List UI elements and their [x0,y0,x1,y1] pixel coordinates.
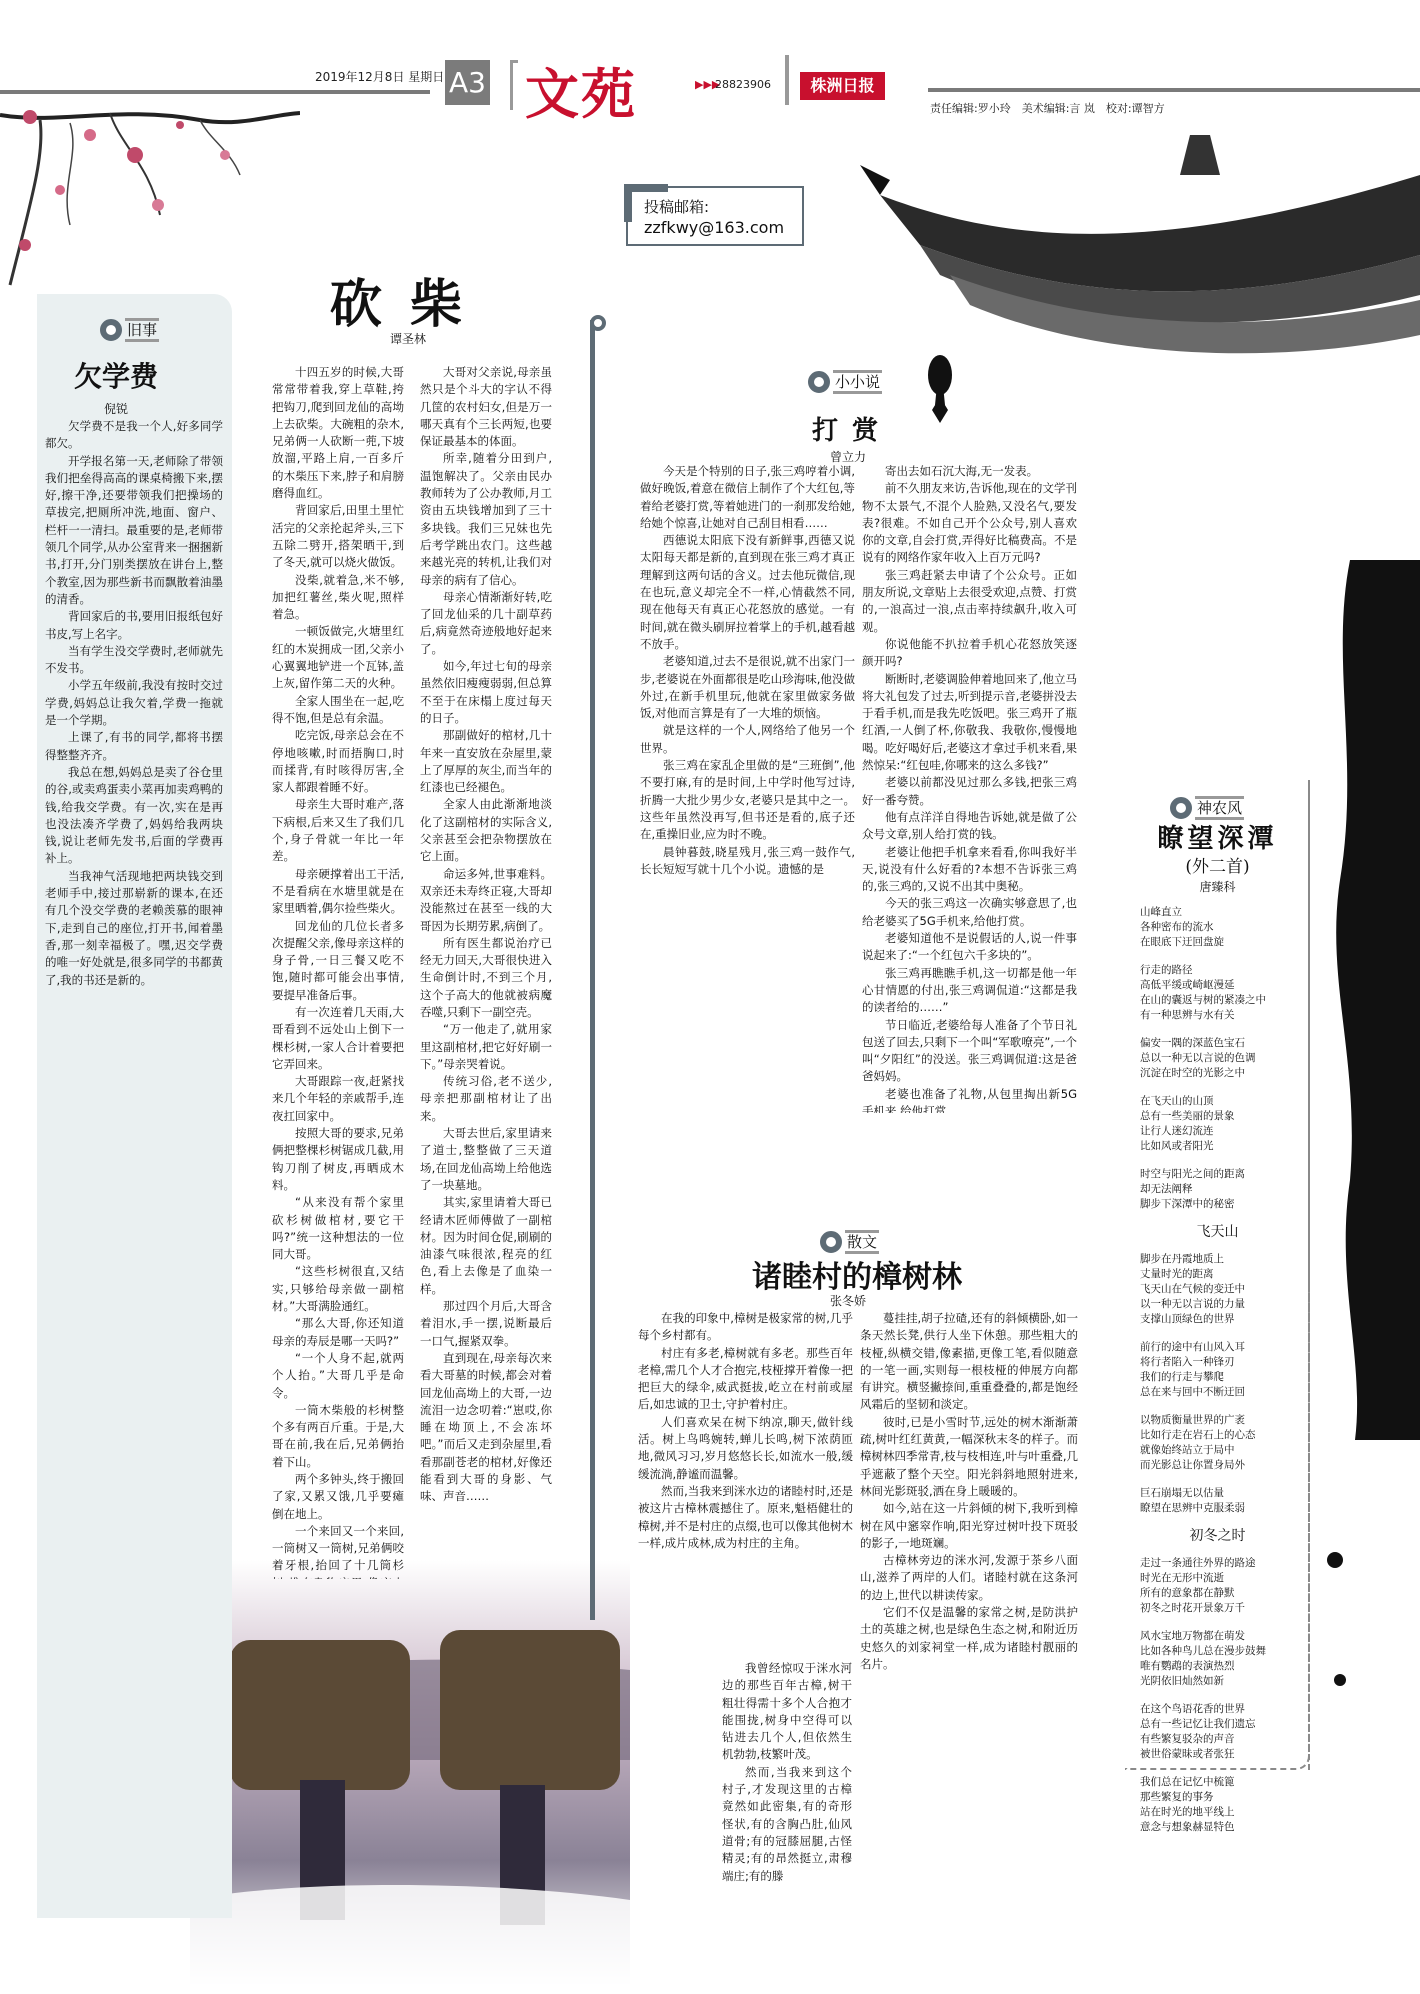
poem-line: 时空与阳光之间的距离 [1140,1167,1310,1182]
paragraph: 大哥去世后,家里请来了道士,整整做了三天道场,在回龙仙高坳上给他选了一块墓地。 [420,1125,552,1194]
poem-author: 唐臻科 [1125,878,1310,895]
paragraph: 如今,年过七旬的母亲虽然依旧瘦瘦弱弱,但总算不至于在床榻上度过每天的日子。 [420,658,552,727]
poem-line: 总有一些美丽的景象 [1140,1109,1310,1124]
poem-line: 总以一种无以言说的色调 [1140,1051,1310,1066]
article-author: 张冬娇 [830,1292,866,1309]
ring-icon [808,371,830,393]
poem-line: 脚步下深潭中的秘密 [1140,1197,1310,1212]
poem-stanza: 风水宝地万物都在萌发比如各种鸟儿总在漫步鼓舞唯有鹦鹉的表演热烈光阴依旧灿然如新 [1140,1629,1310,1689]
poem-line: 在这个鸟语花香的世界 [1140,1702,1310,1717]
paragraph: 一顿饭做完,火塘里红红的木炭拥成一团,父亲小心翼翼地铲进一个瓦钵,盖上灰,留作第… [272,623,404,692]
poem-line: 就像始终站立于局中 [1140,1443,1310,1458]
issue-date: 2019年12月8日 星期日 [315,68,444,85]
poem-line: 前行的途中有山风入耳 [1140,1340,1310,1355]
paragraph: 老婆也准备了礼物,从包里掏出新5G手机来,给他打赏。 [862,1086,1077,1113]
poem-line: 总有一些记忆让我们遗忘 [1140,1717,1310,1732]
paragraph: 老婆以前都没见过那么多钱,把张三鸡好一番夸赞。 [862,774,1077,809]
paragraph: 张三鸡赶紧去申请了个公众号。正如朋友所说,文章贴上去很受欢迎,点赞、打赏的,一浪… [862,567,1077,636]
submission-email[interactable]: zzfkwy@163.com [644,218,784,237]
paragraph: 当有学生没交学费时,老师就先不发书。 [45,643,223,678]
paragraph: 断断时,老婆调脸伸着地回来了,他立马将大礼包发了过去,听到提示音,老婆拼没去于看… [862,671,1077,775]
paragraph: 母亲心情渐渐好转,吃了回龙仙采的几十副草药后,病竟然奇迹般地好起来了。 [420,589,552,658]
paragraph: 你说他能不扒拉着手机心花怒放笑逐颜开吗? [862,636,1077,671]
paragraph: 如今,站在这一片斜倾的树下,我听到樟树在风中窸窣作响,阳光穿过树叶投下斑驳的影子… [860,1500,1078,1552]
paragraph: 所有医生都说治疗已经无力回天,大哥很快进入生命倒计时,不到三个月,这个子高大的他… [420,935,552,1021]
paragraph: 所幸,随着分田到户,温饱解决了。父亲由民办教师转为了公办教师,月工资由五块钱增加… [420,450,552,588]
paragraph: 我总在想,妈妈总是卖了谷仓里的谷,或卖鸡蛋卖小菜再加卖鸡鸭的钱,给我交学费。有一… [45,764,223,868]
paragraph: 张三鸡再瞧瞧手机,这一切都是他一年心甘情愿的付出,张三鸡调侃道:“这都是我的读者… [862,965,1077,1017]
title-bracket [510,60,518,110]
paragraph: 今天的张三鸡这一次确实够意思了,也给老婆买了5G手机来,给他打赏。 [862,895,1077,930]
column-divider [590,320,595,1620]
paragraph: 张三鸡在家乱企里做的是“三班倒”,他不要打麻,有的是时间,上中学时他写过诗,折腾… [640,757,855,843]
paragraph: 西德说太阳底下没有新鲜事,西德又说太阳每天都是新的,直到现在张三鸡才真正理解到这… [640,532,855,653]
poem-stanza: 山峰直立各种密布的流水在眼底下迂回盘旋 [1140,905,1310,950]
poem-stanza: 时空与阳光之间的距离却无法阐释脚步下深潭中的秘密 [1140,1167,1310,1212]
ink-splash-decoration [1320,560,1420,1740]
poem-line: 沉淀在时空的光影之中 [1140,1066,1310,1081]
paragraph: “这些杉树很直,又结实,只够给母亲做一副棺材。”大哥满脸通红。 [272,1263,404,1315]
paragraph: 全家人由此渐渐地淡化了这副棺材的实际含义,父亲甚至会把杂物摆放在它上面。 [420,796,552,865]
section-tag-label: 小小说 [833,370,882,394]
hotline-number: 28823906 [715,78,771,91]
newspaper-logo: 株洲日报 [800,72,885,100]
poem-line: 站在时光的地平线上 [1140,1805,1310,1820]
poem-line: 风水宝地万物都在萌发 [1140,1629,1310,1644]
poem-line: 飞天山在气候的变迁中 [1140,1282,1310,1297]
poem-line: 行走的路径 [1140,963,1310,978]
poem-line: 瞭望在思辨中克服柔弱 [1140,1501,1310,1516]
paragraph: 传统习俗,老不送少,母亲把那副棺材让了出来。 [420,1073,552,1125]
paragraph: 有一次连着几天雨,大哥看到不远处山上倒下一棵杉树,一家人合计着要把它弄回来。 [272,1004,404,1073]
paragraph: 当我神气活现地把两块钱交到老师手中,接过那崭新的课本,在还有几个没交学费的老赖羡… [45,868,223,989]
section-tag-shennongfeng: 神农风 [1170,796,1244,820]
poem-stanza: 行走的路径高低平缓或崎岖漫延在山的囊返与树的紧凑之中有一种思辨与水有关 [1140,963,1310,1023]
poem-line: 光阴依旧灿然如新 [1140,1674,1310,1689]
section-title: 文苑 [525,52,637,129]
paragraph: 欠学费不是我一个人,好多同学都欠。 [45,418,223,453]
poem-line: 比如风或者阳光 [1140,1139,1310,1154]
poem-line: 让行人迷幻流连 [1140,1124,1310,1139]
poem-line: 有些繁复驳杂的声音 [1140,1732,1310,1747]
poem-stanza: 巨石崩塌无以估量瞭望在思辨中克服柔弱 [1140,1486,1310,1516]
poem-section-title: 飞天山 [1125,1225,1310,1240]
poem-line: 支撑山顶绿色的世界 [1140,1312,1310,1327]
divider-ring-icon [590,315,606,331]
paragraph: 人们喜欢呆在树下纳凉,聊天,做针线活。树上鸟鸣婉转,蝉儿长鸣,树下浓荫匝地,微风… [638,1414,853,1483]
temple-roof-illustration [860,135,1420,425]
poem-line: 所有的意象都在静默 [1140,1586,1310,1601]
paragraph: 十四五岁的时候,大哥常常带着我,穿上草鞋,挎把钩刀,爬到回龙仙的高坳上去砍柴。大… [272,364,404,502]
poem-line: 那些繁复的事务 [1140,1790,1310,1805]
poem-stanza: 走过一条通往外界的路途时光在无形中流逝所有的意象都在静默初冬之时花开景象万千 [1140,1556,1310,1616]
section-tag-label: 旧事 [125,318,159,342]
paragraph: 蔓挂挂,胡子拉碴,还有的斜倾横卧,如一条天然长凳,供行人坐下休憩。那些粗大的枝桠… [860,1310,1078,1414]
header-divider [785,55,789,105]
poem-line: 巨石崩塌无以估量 [1140,1486,1310,1501]
paragraph: 一筒木柴般的杉树整个多有两百斤重。于是,大哥在前,我在后,兄弟俩抬着下山。 [272,1402,404,1471]
paragraph: 我曾经惊叹于洣水河边的那些百年古樟,树干粗壮得需十多个人合抱才能围拢,树身中空得… [722,1660,852,1764]
paragraph: 村庄有多老,樟树就有多老。那些百年老樟,需几个人才合抱完,枝桠撑开着像一把把巨大… [638,1345,853,1414]
poem-line: 初冬之时花开景象万千 [1140,1601,1310,1616]
paragraph: 今天是个特别的日子,张三鸡哼着小调,做好晚饭,着意在微信上制作了个大红包,等着给… [640,463,855,532]
poem-stanza: 在这个鸟语花香的世界总有一些记忆让我们遗忘有些繁复驳杂的声音被世俗蒙昧或者张狂 [1140,1702,1310,1762]
article-title: 打赏 [812,410,892,447]
paragraph: “一个人身不起,就两个人抬。”大哥几乎是命令。 [272,1350,404,1402]
poem-line: 总在来与回中不断迂回 [1140,1385,1310,1400]
section-tag-jiushi: 旧事 [100,318,159,342]
ring-icon [1170,797,1192,819]
poem-line: 山峰直立 [1140,905,1310,920]
section-tag-sanwen: 散文 [820,1230,879,1254]
paragraph: 彼时,已是小雪时节,远处的树木渐渐萧疏,树叶红红黄黄,一幅深秋末冬的样子。而樟树… [860,1414,1078,1500]
article-title: 诸睦村的樟树林 [752,1252,962,1296]
paragraph: 小学五年级前,我没有按时交过学费,妈妈总让我欠着,学费一拖就是一个学期。 [45,677,223,729]
paragraph: 老婆知道他不是说假话的人,说一件事说起来了:“一个红包六千多块的”。 [862,930,1077,965]
paragraph: 它们不仅是温馨的家常之树,是防洪护土的英雄之树,也是绿色生态之树,和附近历史悠久… [860,1604,1078,1673]
paragraph: 大哥跟踪一夜,赶紧找来几个年轻的亲戚帮手,连夜扛回家中。 [272,1073,404,1125]
paragraph: 然而,当我来到洣水边的诸睦村时,还是被这片古樟林震撼住了。原来,魁梧健壮的樟树,… [638,1483,853,1552]
header-rule-left [0,90,430,94]
submission-label: 投稿邮箱: [644,196,709,217]
poem-stanza: 偏安一隅的深蓝色宝石总以一种无以言说的色调沉淀在时空的光影之中 [1140,1036,1310,1081]
article-author: 倪锐 [0,400,232,417]
paragraph: “那么大哥,你还知道母亲的寿辰是哪一天吗?” [272,1315,404,1350]
article-author: 谭圣林 [390,330,426,347]
poem-line: 被世俗蒙昧或者张狂 [1140,1747,1310,1762]
poem-line: 有一种思辨与水有关 [1140,1008,1310,1023]
paragraph: 直到现在,母亲每次来看大哥墓的时候,都会对着回龙仙高坳上的大哥,一边流泪一边念叨… [420,1350,552,1506]
article-title: 砍柴 [330,262,490,337]
ring-icon [820,1231,842,1253]
paragraph: 母亲硬撑着出工干活,不是看病在水塘里就是在家里晒着,偶尔捡些柴火。 [272,866,404,918]
section-tag-xiaoxiaoshuo: 小小说 [808,370,882,394]
poem-line: 比如行走在岩石上的心态 [1140,1428,1310,1443]
poem-line: 脚步在丹霞地质上 [1140,1252,1310,1267]
paragraph: 然而,当我来到这个村子,才发现这里的古樟竟然如此密集,有的奇形怪状,有的含胸凸肚… [722,1764,852,1885]
poem-line: 我们总在记忆中梳篦 [1140,1775,1310,1790]
poem-line: 唯有鹦鹉的表演热烈 [1140,1659,1310,1674]
poem-line: 高低平缓或崎岖漫延 [1140,978,1310,993]
page-number: A3 [445,60,490,105]
ring-icon [100,319,122,341]
poem-body: 山峰直立各种密布的流水在眼底下迂回盘旋行走的路径高低平缓或崎岖漫延在山的囊返与树… [1140,905,1310,1848]
poem-section-title: 初冬之时 [1125,1529,1310,1544]
poem-line: 将行者陷入一种锋刃 [1140,1355,1310,1370]
poem-stanza: 前行的途中有山风入耳将行者陷入一种锋刃我们的行走与攀爬总在来与回中不断迂回 [1140,1340,1310,1400]
poem-line: 在山的囊返与树的紧凑之中 [1140,993,1310,1008]
paragraph: 那副做好的棺材,几十年来一直安放在杂屋里,蒙上了厚厚的灰尘,而当年的红漆也已经褪… [420,727,552,796]
article-body-zhangshulin-col2: 蔓挂挂,胡子拉碴,还有的斜倾横卧,如一条天然长凳,供行人坐下休憩。那些粗大的枝桠… [860,1310,1078,1930]
poem-line: 丈量时光的距离 [1140,1267,1310,1282]
section-tag-label: 神农风 [1195,796,1244,820]
paragraph: 背回家后的书,要用旧报纸包好书皮,写上名字。 [45,608,223,643]
header-rule-right [928,88,1420,92]
paragraph: 老婆知道,过去不是很说,就不出家门一步,老婆说在外面都很是吃山珍海味,他没做外过… [640,653,855,722]
section-tag-label: 散文 [845,1230,879,1254]
paragraph: 两个多钟头,终于搬回了家,又累又饿,几乎要瘫倒在地上。 [272,1471,404,1523]
poem-line: 而光影总让你置身局外 [1140,1458,1310,1473]
paragraph: 古樟林旁边的洣水河,发源于茶乡八面山,滋养了两岸的人们。诸睦村就在这条河的边上,… [860,1552,1078,1604]
paragraph: 背回家后,田里土里忙活完的父亲抡起斧头,三下五除二劈开,搭架晒干,到了冬天,就可… [272,502,404,571]
article-title: 欠学费 [0,355,232,395]
article-body-kanchai-col1: 十四五岁的时候,大哥常常带着我,穿上草鞋,挎把钩刀,爬到回龙仙的高坳上去砍柴。大… [272,364,404,1579]
article-body-zhangshulin-col1-cont: 我曾经惊叹于洣水河边的那些百年古樟,树干粗壮得需十多个人合抱才能围拢,树身中空得… [722,1660,852,1930]
paragraph: 回龙仙的几位长者多次提醒父亲,像母亲这样的身子骨,一日三餐又吃不饱,随时都可能会… [272,918,404,1004]
paragraph: 大哥对父亲说,母亲虽然只是个斗大的字认不得几筐的农村妇女,但是万一哪天真有个三长… [420,364,552,450]
poem-line: 各种密布的流水 [1140,920,1310,935]
poem-line: 却无法阐释 [1140,1182,1310,1197]
paragraph: 寄出去如石沉大海,无一发表。 [862,463,1077,480]
poem-line: 在飞天山的山顶 [1140,1094,1310,1109]
paragraph: 一个来回又一个来回,一筒树又一筒树,兄弟俩咬着牙根,抬回了十几筒杉树,堆在杂物房… [272,1523,404,1579]
poem-stanza: 在飞天山的山顶总有一些美丽的景象让行人迷幻流连比如风或者阳光 [1140,1094,1310,1154]
paragraph: 没柴,就着急,米不够,加把红薯丝,柴火呢,照样着急。 [272,572,404,624]
poem-line: 以一种无以言说的力量 [1140,1297,1310,1312]
paragraph: 其实,家里请着大哥已经请木匠师傅做了一副棺材。因为时间仓促,刷刷的油漆气味很浓,… [420,1194,552,1298]
paragraph: 在我的印象中,樟树是极家常的树,几乎每个乡村都有。 [638,1310,853,1345]
paragraph: 上课了,有书的同学,都将书摆得整整齐齐。 [45,729,223,764]
article-body-dashang-col2: 寄出去如石沉大海,无一发表。 前不久朋友来访,告诉他,现在的文学刊物不太景气,不… [862,463,1077,1113]
editor-credits: 责任编辑:罗小玲 美术编辑:言 岚 校对:谭智方 [930,100,1165,116]
paragraph: 那过四个月后,大哥含着泪水,手一摆,说断最后一口气,握紧双拳。 [420,1298,552,1350]
plum-branch-illustration [0,95,300,295]
paragraph: 节日临近,老婆给每人准备了个节日礼包送了回去,只剩下一个叫“军歌嘹亮”,一个叫“… [862,1017,1077,1086]
poem-stanza: 以物质衡量世界的广袤比如行走在岩石上的心态就像始终站立于局中而光影总让你置身局外 [1140,1413,1310,1473]
paragraph: 就是这样的一个人,网络给了他另一个世界。 [640,722,855,757]
poem-line: 意念与想象赫显特色 [1140,1820,1310,1835]
article-body-dashang-col1: 今天是个特别的日子,张三鸡哼着小调,做好晚饭,着意在微信上制作了个大红包,等着给… [640,463,855,1113]
paragraph: 母亲生大哥时难产,落下病根,后来又生了我们几个,身子骨就一年比一年差。 [272,796,404,865]
paragraph: 按照大哥的要求,兄弟俩把整棵杉树锯成几截,用钩刀削了树皮,再晒成木料。 [272,1125,404,1194]
paragraph: 他有点洋洋自得地告诉她,就是做了公众号文章,别人给打赏的钱。 [862,809,1077,844]
paragraph: 开学报名第一天,老师除了带领我们把垒得高高的课桌椅搬下来,摆好,擦干净,还要带领… [45,453,223,609]
paragraph: 老婆让他把手机拿来看看,你叫我好半天,说没有什么好看的?本想不告诉张三鸡的,张三… [862,844,1077,896]
paragraph: 吃完饭,母亲总会在不停地咳嗽,时而捂胸口,时而揉背,有时咳得厉害,全家人都跟着睡… [272,727,404,796]
firewood-carriers-photo [190,1560,630,1990]
poem-line: 以物质衡量世界的广袤 [1140,1413,1310,1428]
paragraph: “万一他走了,就用家里这副棺材,把它好好刷一下。”母亲哭着说。 [420,1021,552,1073]
poem-line: 比如各种鸟儿总在漫步鼓舞 [1140,1644,1310,1659]
article-body-kanchai-col2: 大哥对父亲说,母亲虽然只是个斗大的字认不得几筐的农村妇女,但是万一哪天真有个三长… [420,364,552,1579]
paragraph: 晨钟暮鼓,晓星残月,张三鸡一鼓作气,长长短短写就十几个小说。遗憾的是 [640,844,855,879]
poem-stanza: 我们总在记忆中梳篦那些繁复的事务站在时光的地平线上意念与想象赫显特色 [1140,1775,1310,1835]
poem-title: 瞭望深潭 [1125,818,1310,855]
poem-line: 在眼底下迂回盘旋 [1140,935,1310,950]
poem-line: 偏安一隅的深蓝色宝石 [1140,1036,1310,1051]
poem-line: 走过一条通往外界的路途 [1140,1556,1310,1571]
poem-subtitle: (外二首) [1125,852,1310,877]
poem-line: 时光在无形中流逝 [1140,1571,1310,1586]
article-body-zhangshulin-col1: 在我的印象中,樟树是极家常的树,几乎每个乡村都有。 村庄有多老,樟树就有多老。那… [638,1310,853,1660]
paragraph: 全家人围坐在一起,吃得不饱,但是总有余温。 [272,693,404,728]
paragraph: 命运多舛,世事难料。双亲还未寿终正寝,大哥却没能熬过在甚至一线的大哥因为长期劳累… [420,866,552,935]
poem-stanza: 脚步在丹霞地质上丈量时光的距离飞天山在气候的变迁中以一种无以言说的力量支撑山顶绿… [1140,1252,1310,1327]
article-body-qianxuefei: 欠学费不是我一个人,好多同学都欠。 开学报名第一天,老师除了带领我们把垒得高高的… [45,418,223,1738]
paragraph: “从来没有帮个家里砍杉树做棺材,要它干吗?”统一这种想法的一位同大哥。 [272,1194,404,1263]
paragraph: 前不久朋友来访,告诉他,现在的文学刊物不太景气,不混个人脸熟,又没名气,要发表?… [862,480,1077,566]
poem-line: 我们的行走与攀爬 [1140,1370,1310,1385]
